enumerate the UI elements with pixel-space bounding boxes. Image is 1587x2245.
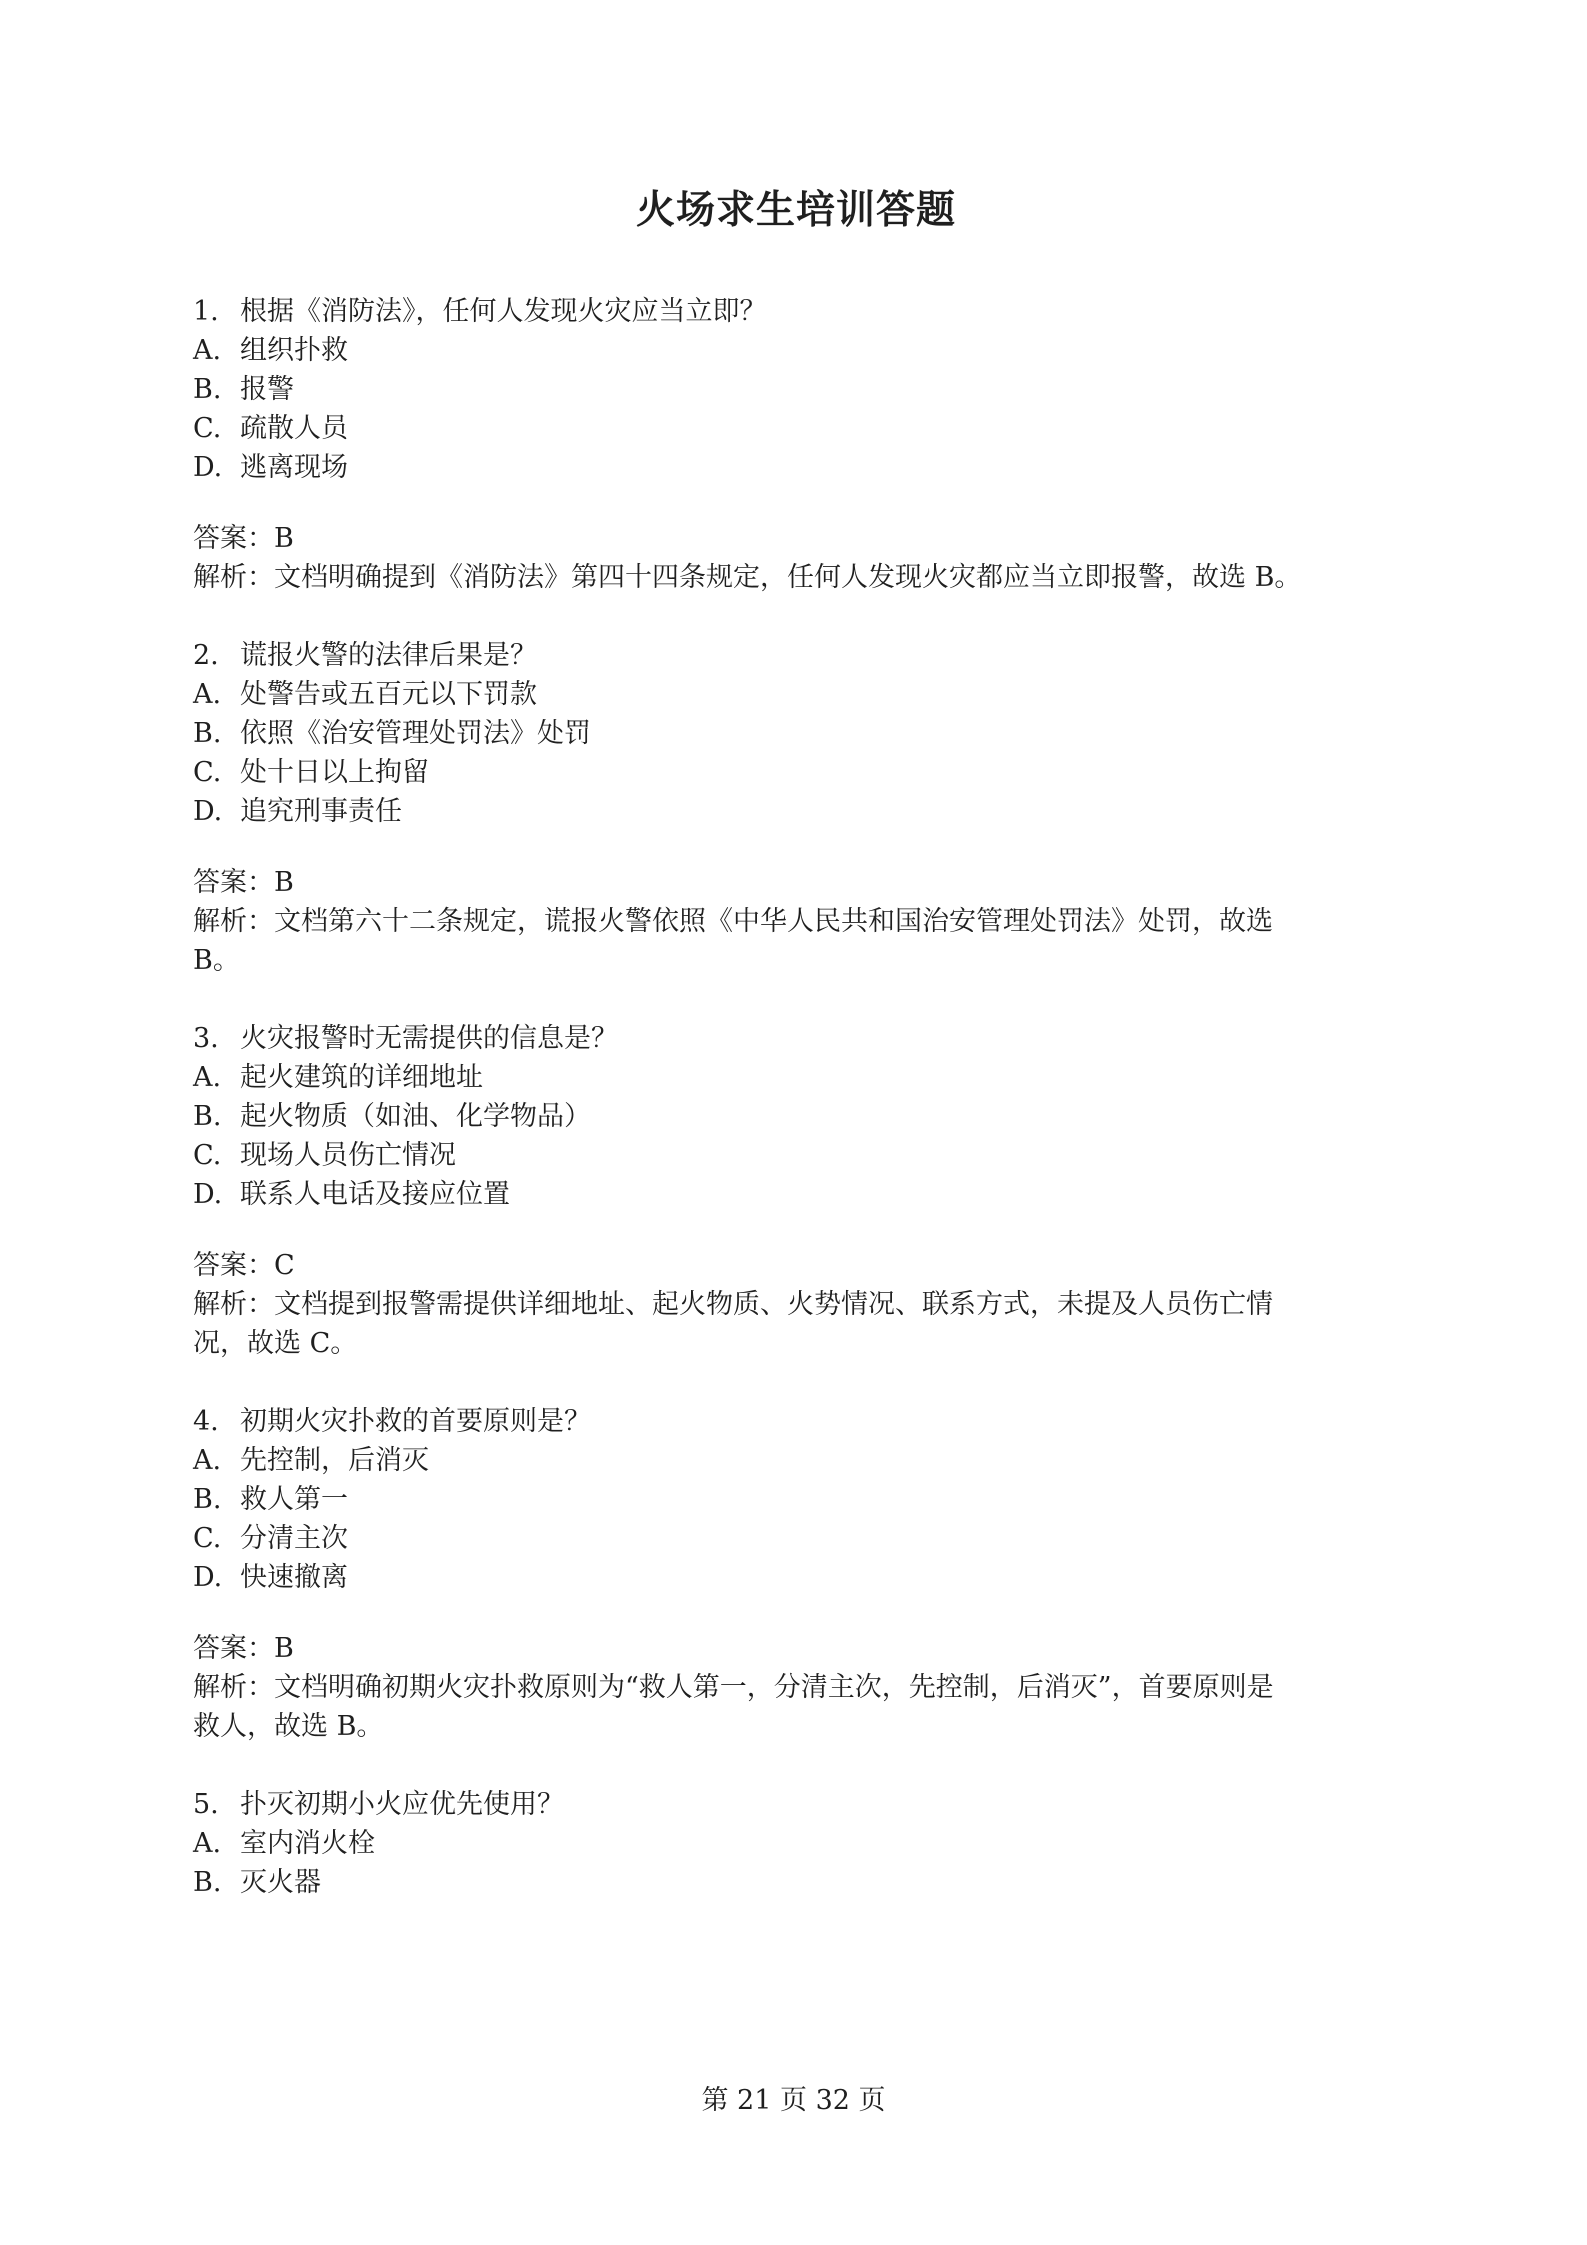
answer-value: B: [274, 1633, 294, 1664]
option-label: B.: [193, 1480, 240, 1519]
option-line: A.处警告或五百元以下罚款: [193, 675, 1399, 714]
analysis-label: 解析：: [193, 1289, 274, 1320]
answer-value: B: [274, 523, 294, 554]
option-line: D.联系人电话及接应位置: [193, 1175, 1399, 1214]
option-text: 逃离现场: [240, 452, 348, 483]
option-label: B.: [193, 714, 240, 753]
answer-block-2: 答案：B 解析：文档第六十二条规定，谎报火警依照《中华人民共和国治安管理处罚法》…: [193, 863, 1399, 980]
option-text: 起火建筑的详细地址: [240, 1062, 483, 1093]
question-number: 2.: [193, 636, 240, 675]
question-number: 5.: [193, 1785, 240, 1824]
option-line: C.处十日以上拘留: [193, 753, 1399, 792]
option-label: D.: [193, 1558, 240, 1597]
option-text: 处警告或五百元以下罚款: [240, 679, 537, 710]
option-line: D.追究刑事责任: [193, 792, 1399, 831]
option-label: A.: [193, 331, 240, 370]
document-page: 火场求生培训答题 1.根据《消防法》，任何人发现火灾应当立即？ A.组织扑救 B…: [193, 186, 1399, 1934]
question-text: 火灾报警时无需提供的信息是？: [240, 1023, 618, 1054]
option-label: B.: [193, 1097, 240, 1136]
option-label: D.: [193, 1175, 240, 1214]
option-text: 疏散人员: [240, 413, 348, 444]
answer-block-1: 答案：B 解析：文档明确提到《消防法》第四十四条规定，任何人发现火灾都应当立即报…: [193, 519, 1399, 597]
option-line: C.分清主次: [193, 1519, 1399, 1558]
question-text: 扑灭初期小火应优先使用？: [240, 1789, 564, 1820]
option-text: 救人第一: [240, 1484, 348, 1515]
question-block-2: 2.谎报火警的法律后果是？ A.处警告或五百元以下罚款 B.依照《治安管理处罚法…: [193, 636, 1399, 831]
question-line: 2.谎报火警的法律后果是？: [193, 636, 1399, 675]
option-line: A.室内消火栓: [193, 1824, 1399, 1863]
option-line: B.报警: [193, 370, 1399, 409]
analysis-line: 解析：文档明确提到《消防法》第四十四条规定，任何人发现火灾都应当立即报警，故选 …: [193, 558, 1399, 597]
question-block-5: 5.扑灭初期小火应优先使用？ A.室内消火栓 B.灭火器: [193, 1785, 1399, 1902]
page-number: 第 21 页 32 页: [0, 2081, 1587, 2120]
option-label: B.: [193, 370, 240, 409]
answer-line: 答案：B: [193, 1629, 1399, 1668]
analysis-line-continued: 况，故选 C。: [193, 1324, 1399, 1363]
option-line: B.灭火器: [193, 1863, 1399, 1902]
option-text: 分清主次: [240, 1523, 348, 1554]
analysis-text: 文档第六十二条规定，谎报火警依照《中华人民共和国治安管理处罚法》处罚，故选: [274, 906, 1273, 937]
option-text: 现场人员伤亡情况: [240, 1140, 456, 1171]
answer-label: 答案：: [193, 867, 274, 898]
option-text: 起火物质（如油、化学物品）: [240, 1101, 591, 1132]
page-title: 火场求生培训答题: [193, 186, 1399, 234]
option-line: A.组织扑救: [193, 331, 1399, 370]
option-text: 先控制，后消灭: [240, 1445, 429, 1476]
option-label: C.: [193, 409, 240, 448]
answer-label: 答案：: [193, 1633, 274, 1664]
option-label: D.: [193, 792, 240, 831]
option-line: B.起火物质（如油、化学物品）: [193, 1097, 1399, 1136]
option-line: C.疏散人员: [193, 409, 1399, 448]
analysis-label: 解析：: [193, 906, 274, 937]
answer-line: 答案：C: [193, 1246, 1399, 1285]
analysis-line: 解析：文档明确初期火灾扑救原则为“救人第一，分清主次，先控制，后消灭”，首要原则…: [193, 1668, 1399, 1707]
option-label: D.: [193, 448, 240, 487]
question-line: 4.初期火灾扑救的首要原则是？: [193, 1402, 1399, 1441]
option-text: 快速撤离: [240, 1562, 348, 1593]
option-label: A.: [193, 1441, 240, 1480]
analysis-line-continued: 救人，故选 B。: [193, 1707, 1399, 1746]
question-text: 根据《消防法》，任何人发现火灾应当立即？: [240, 296, 767, 327]
option-label: A.: [193, 1058, 240, 1097]
question-text: 谎报火警的法律后果是？: [240, 640, 537, 671]
question-block-1: 1.根据《消防法》，任何人发现火灾应当立即？ A.组织扑救 B.报警 C.疏散人…: [193, 292, 1399, 487]
answer-line: 答案：B: [193, 863, 1399, 902]
answer-label: 答案：: [193, 523, 274, 554]
option-label: C.: [193, 1519, 240, 1558]
answer-block-3: 答案：C 解析：文档提到报警需提供详细地址、起火物质、火势情况、联系方式，未提及…: [193, 1246, 1399, 1363]
analysis-text: 文档明确初期火灾扑救原则为“救人第一，分清主次，先控制，后消灭”，首要原则是: [274, 1672, 1274, 1703]
option-text: 处十日以上拘留: [240, 757, 429, 788]
option-line: B.救人第一: [193, 1480, 1399, 1519]
option-line: A.先控制，后消灭: [193, 1441, 1399, 1480]
option-line: A.起火建筑的详细地址: [193, 1058, 1399, 1097]
option-text: 追究刑事责任: [240, 796, 402, 827]
option-line: B.依照《治安管理处罚法》处罚: [193, 714, 1399, 753]
analysis-line: 解析：文档提到报警需提供详细地址、起火物质、火势情况、联系方式，未提及人员伤亡情: [193, 1285, 1399, 1324]
option-text: 依照《治安管理处罚法》处罚: [240, 718, 591, 749]
option-label: C.: [193, 753, 240, 792]
question-text: 初期火灾扑救的首要原则是？: [240, 1406, 591, 1437]
option-line: C.现场人员伤亡情况: [193, 1136, 1399, 1175]
option-label: A.: [193, 675, 240, 714]
question-block-4: 4.初期火灾扑救的首要原则是？ A.先控制，后消灭 B.救人第一 C.分清主次 …: [193, 1402, 1399, 1597]
option-text: 组织扑救: [240, 335, 348, 366]
option-text: 灭火器: [240, 1867, 321, 1898]
answer-block-4: 答案：B 解析：文档明确初期火灾扑救原则为“救人第一，分清主次，先控制，后消灭”…: [193, 1629, 1399, 1746]
question-block-3: 3.火灾报警时无需提供的信息是？ A.起火建筑的详细地址 B.起火物质（如油、化…: [193, 1019, 1399, 1214]
question-number: 1.: [193, 292, 240, 331]
question-number: 4.: [193, 1402, 240, 1441]
option-text: 报警: [240, 374, 294, 405]
question-line: 3.火灾报警时无需提供的信息是？: [193, 1019, 1399, 1058]
analysis-line-continued: B。: [193, 941, 1399, 980]
option-text: 联系人电话及接应位置: [240, 1179, 510, 1210]
answer-label: 答案：: [193, 1250, 274, 1281]
analysis-line: 解析：文档第六十二条规定，谎报火警依照《中华人民共和国治安管理处罚法》处罚，故选: [193, 902, 1399, 941]
option-label: A.: [193, 1824, 240, 1863]
answer-line: 答案：B: [193, 519, 1399, 558]
answer-value: C: [274, 1250, 295, 1281]
question-line: 1.根据《消防法》，任何人发现火灾应当立即？: [193, 292, 1399, 331]
option-label: C.: [193, 1136, 240, 1175]
analysis-label: 解析：: [193, 562, 274, 593]
option-label: B.: [193, 1863, 240, 1902]
question-number: 3.: [193, 1019, 240, 1058]
analysis-text: 文档提到报警需提供详细地址、起火物质、火势情况、联系方式，未提及人员伤亡情: [274, 1289, 1273, 1320]
answer-value: B: [274, 867, 294, 898]
option-line: D.快速撤离: [193, 1558, 1399, 1597]
option-line: D.逃离现场: [193, 448, 1399, 487]
question-line: 5.扑灭初期小火应优先使用？: [193, 1785, 1399, 1824]
option-text: 室内消火栓: [240, 1828, 375, 1859]
analysis-label: 解析：: [193, 1672, 274, 1703]
analysis-text: 文档明确提到《消防法》第四十四条规定，任何人发现火灾都应当立即报警，故选 B。: [274, 562, 1301, 593]
